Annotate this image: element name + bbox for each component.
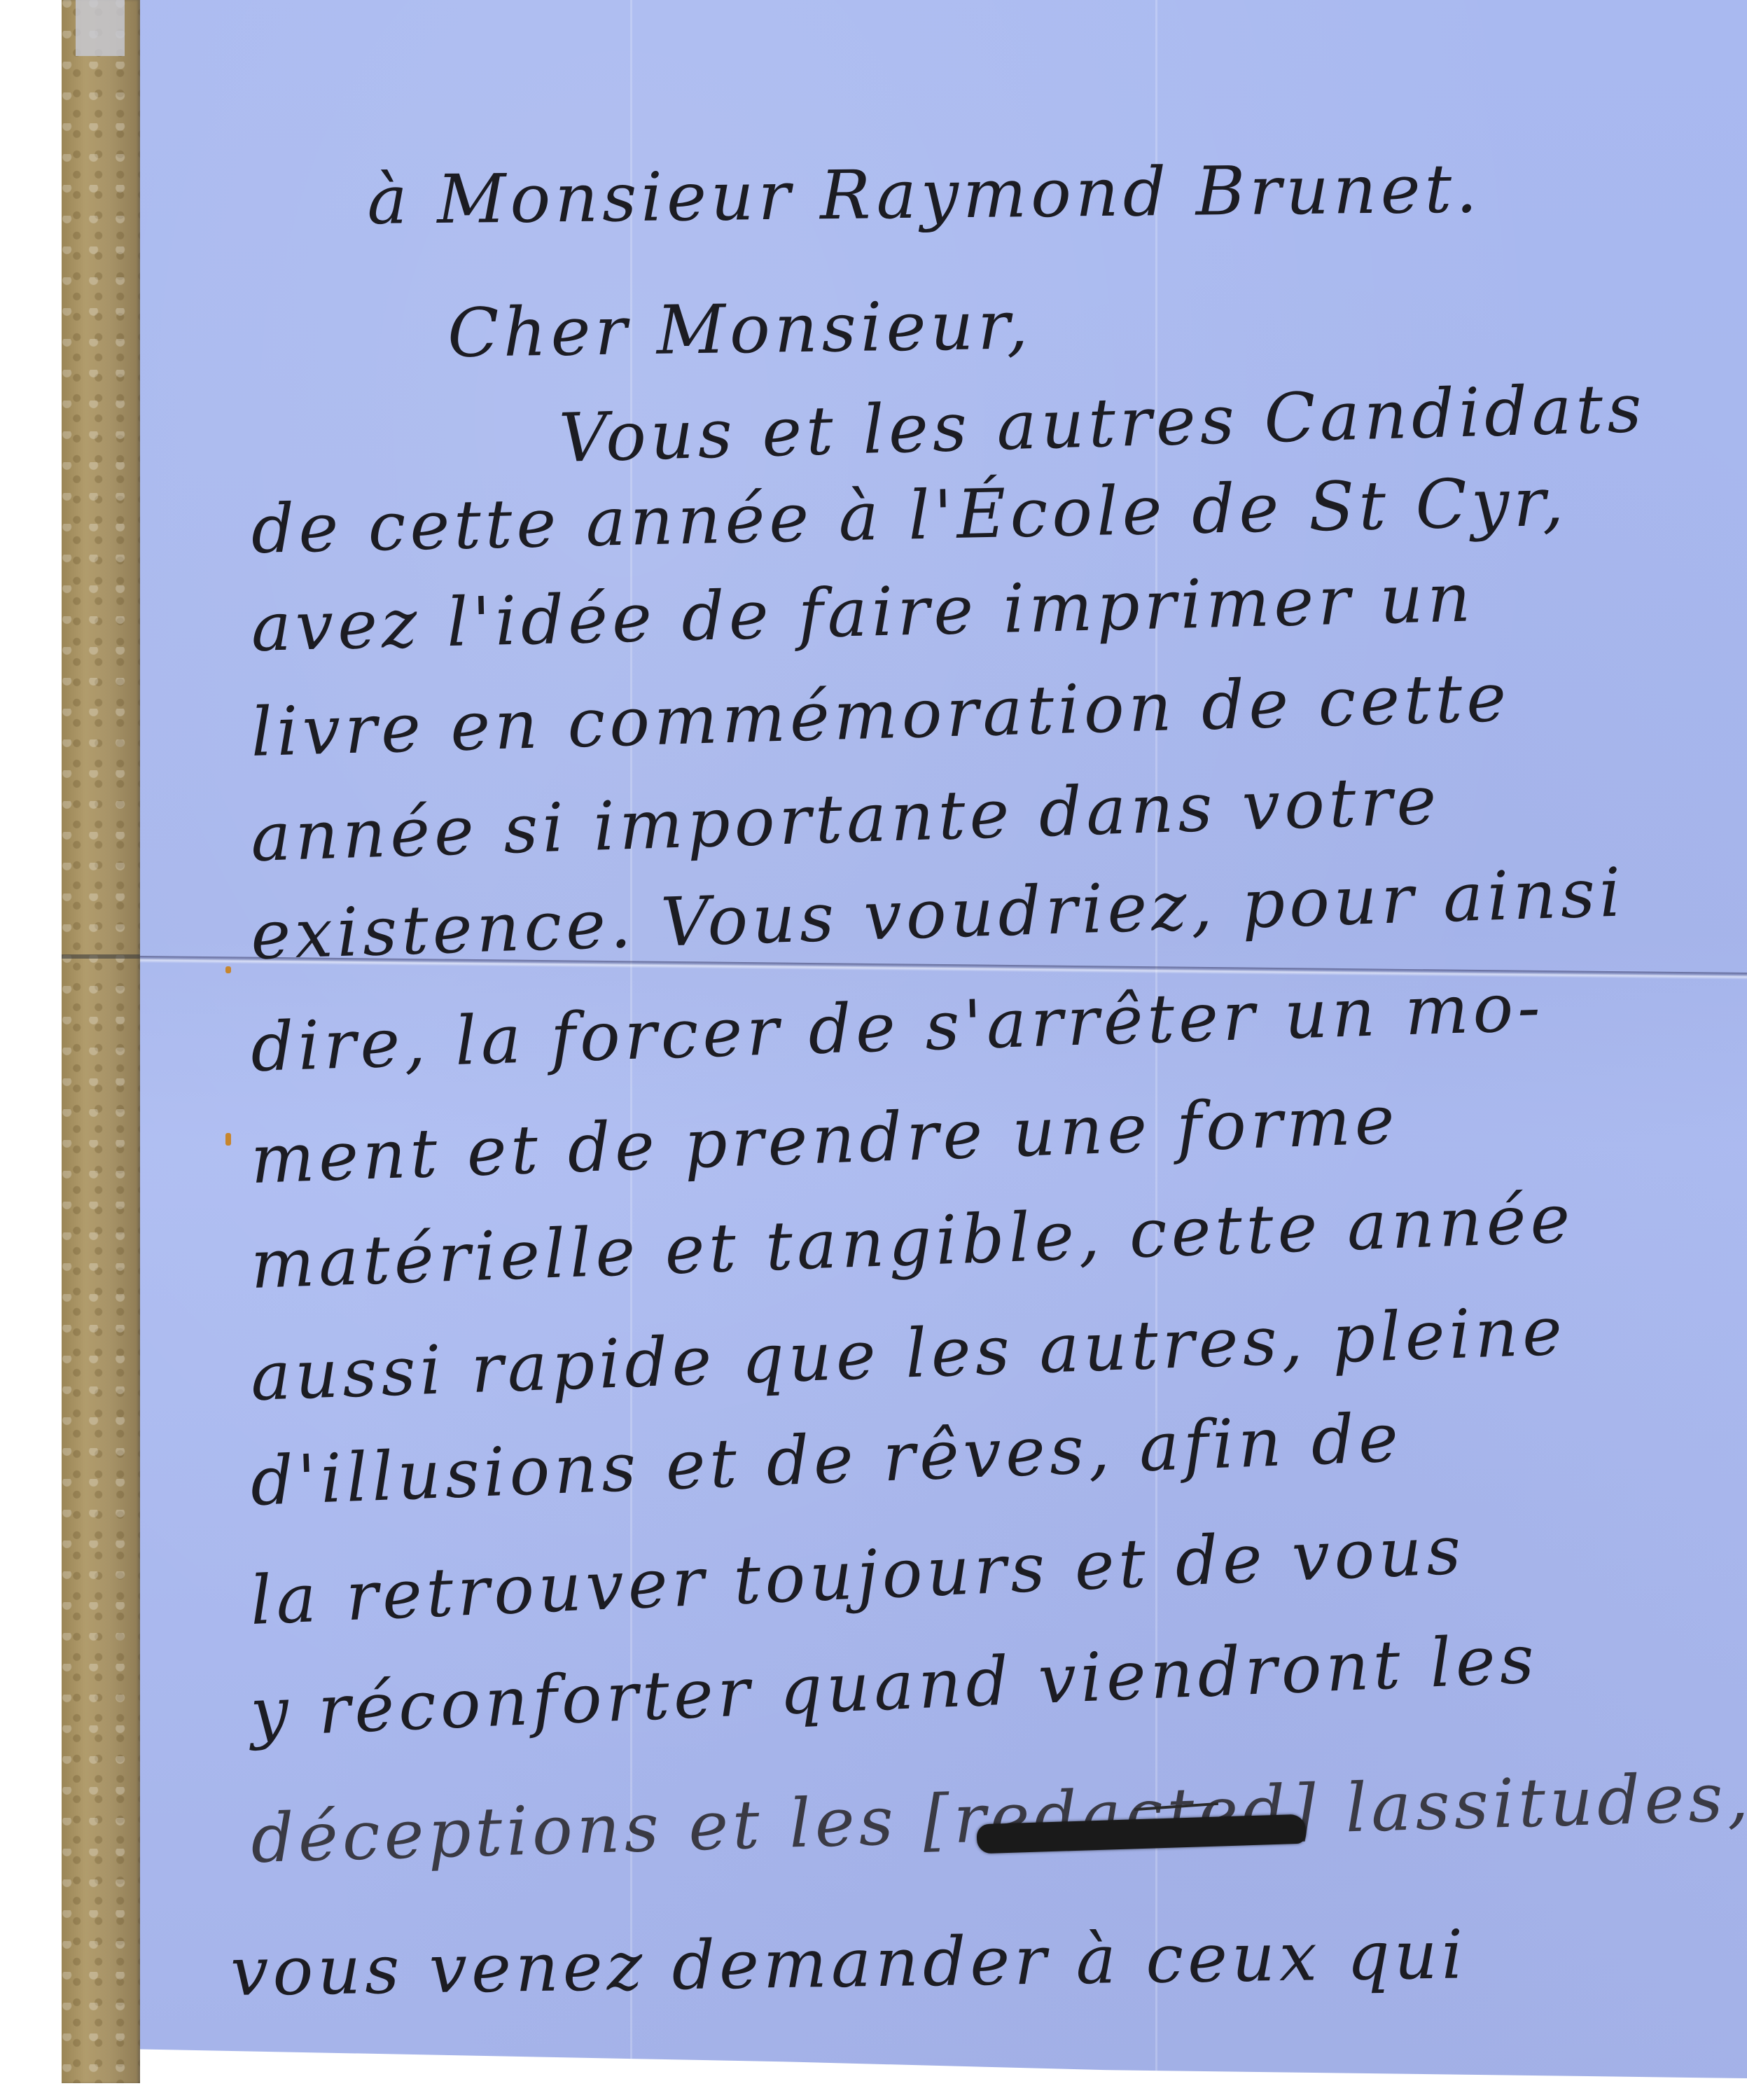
ink-stain	[225, 966, 231, 973]
letter-salutation: Cher Monsieur,	[447, 286, 1032, 373]
letter-address: à Monsieur Raymond Brunet.	[367, 149, 1482, 239]
binding-strip	[62, 0, 140, 2083]
horizontal-fold-crease-left	[62, 954, 140, 959]
ink-stain	[225, 1133, 231, 1146]
binding-strip-worn-patch	[76, 0, 125, 56]
